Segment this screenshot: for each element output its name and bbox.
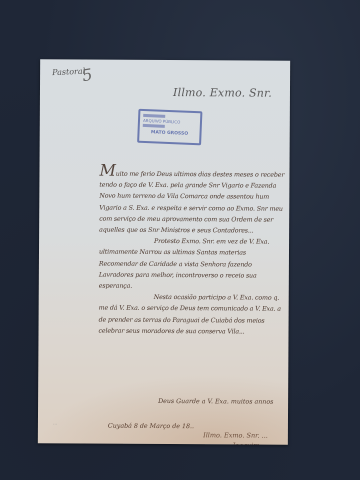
- margin-number: 5: [81, 65, 94, 85]
- stamp-bar: [143, 124, 165, 128]
- paragraph-2: Protesto Exmo. Snr. em vez de V. Exa. ul…: [99, 236, 284, 293]
- closing-formula: Deus Guarde a V. Exa. muitos annos: [108, 396, 278, 408]
- paragraph-1: Muito me ferio Deus ultimos dias destes …: [99, 165, 284, 237]
- archive-stamp: ARQUIVO PÚBLICO MATO GROSSO: [137, 109, 202, 146]
- letter-body: Muito me ferio Deus ultimos dias destes …: [98, 165, 284, 338]
- stamp-code: MATO GROSSO: [142, 130, 196, 137]
- pencil-note: ...: [53, 421, 57, 426]
- letter-closing: Deus Guarde a V. Exa. muitos annos Cuyab…: [108, 396, 278, 433]
- paragraph-3: Nesta ocasião participo a V. Exa. como q…: [98, 292, 283, 338]
- manuscript-page: Pastoral 5 ARQUIVO PÚBLICO MATO GROSSO I…: [38, 59, 290, 445]
- decorated-initial: M: [99, 161, 115, 180]
- signature: Illmo. Exmo. Snr. ... Joaquim ...: [198, 430, 268, 445]
- salutation: Illmo. Exmo. Snr.: [173, 86, 272, 100]
